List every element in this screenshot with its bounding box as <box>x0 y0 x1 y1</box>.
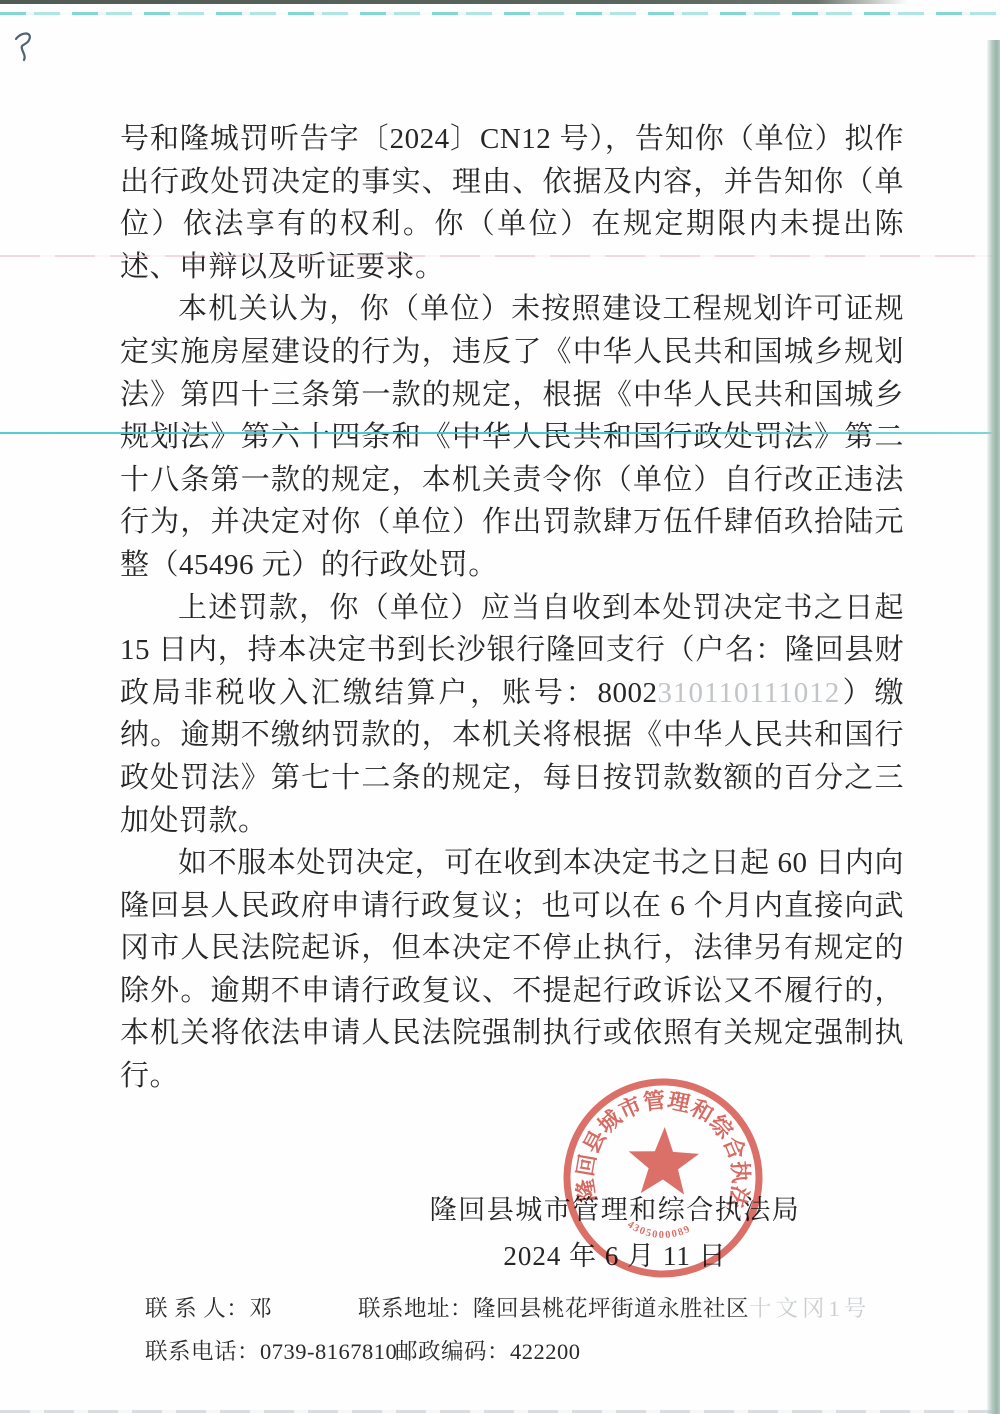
seal-star-icon <box>627 1126 700 1195</box>
paragraph-findings: 本机关认为，你（单位）未按照建设工程规划许可证规定实施房屋建设的行为，违反了《中… <box>120 288 904 586</box>
postal-code-value: 422200 <box>510 1339 581 1364</box>
paragraph-appeal-rights: 如不服本处罚决定，可在收到本决定书之日起 60 日内向隆回县人民政府申请行政复议… <box>120 842 904 1098</box>
seal-code-holder: 4305000089 <box>625 1219 694 1242</box>
seal-code: 4305000089 <box>625 1219 694 1242</box>
paragraph-text: 本机关认为，你（单位）未按照建设工程规划许可证规定实施房屋建设的行为，违反了《中… <box>120 293 904 581</box>
contact-address-row: 联系地址：隆回县桃花坪街道永胜社区十文冈1号 <box>358 1291 870 1323</box>
paragraph-text: 如不服本处罚决定，可在收到本决定书之日起 60 日内向隆回县人民政府申请行政复议… <box>120 847 904 1092</box>
contact-address-faded-tail: 十文冈1号 <box>749 1296 870 1321</box>
contact-phone-row: 联系电话：0739-8167810 <box>145 1334 397 1366</box>
scanned-document-page: 号和隆城罚听告字〔2024〕CN12 号），告知你（单位）拟作出行政处罚决定的事… <box>0 0 1000 1414</box>
contact-phone-value: 0739-8167810 <box>260 1339 397 1364</box>
contact-phone-label: 联系电话： <box>145 1339 260 1364</box>
scan-artifact-right-edge-band <box>987 40 1000 1414</box>
contact-address-value: 隆回县桃花坪街道永胜社区 <box>473 1296 749 1321</box>
postal-code-label: 邮政编码： <box>395 1339 510 1364</box>
contact-address-label: 联系地址： <box>358 1296 473 1321</box>
paragraph-continued: 号和隆城罚听告字〔2024〕CN12 号），告知你（单位）拟作出行政处罚决定的事… <box>120 118 904 288</box>
scan-artifact-top-edge-line <box>0 0 908 4</box>
contact-person-row: 联 系 人：邓 <box>145 1291 272 1323</box>
paragraph-payment: 上述罚款，你（单位）应当自收到本处罚决定书之日起 15 日内，持本决定书到长沙银… <box>120 587 904 843</box>
scan-artifact-bottom-dashed-line <box>0 1410 1000 1413</box>
official-seal: 隆回县城市管理和综合执法局 4305000089 <box>549 1064 777 1292</box>
faded-account-digits: 310110111012 <box>658 677 841 709</box>
postal-code-row: 邮政编码：422200 <box>395 1334 581 1366</box>
document-body: 号和隆城罚听告字〔2024〕CN12 号），告知你（单位）拟作出行政处罚决定的事… <box>120 118 904 1098</box>
handwritten-pen-mark <box>12 30 40 64</box>
contact-person-value: 邓 <box>249 1296 272 1321</box>
contact-person-label: 联 系 人： <box>145 1296 249 1321</box>
scan-artifact-cyan-dashed-line <box>0 12 1000 15</box>
paragraph-text: 号和隆城罚听告字〔2024〕CN12 号），告知你（单位）拟作出行政处罚决定的事… <box>120 123 904 283</box>
